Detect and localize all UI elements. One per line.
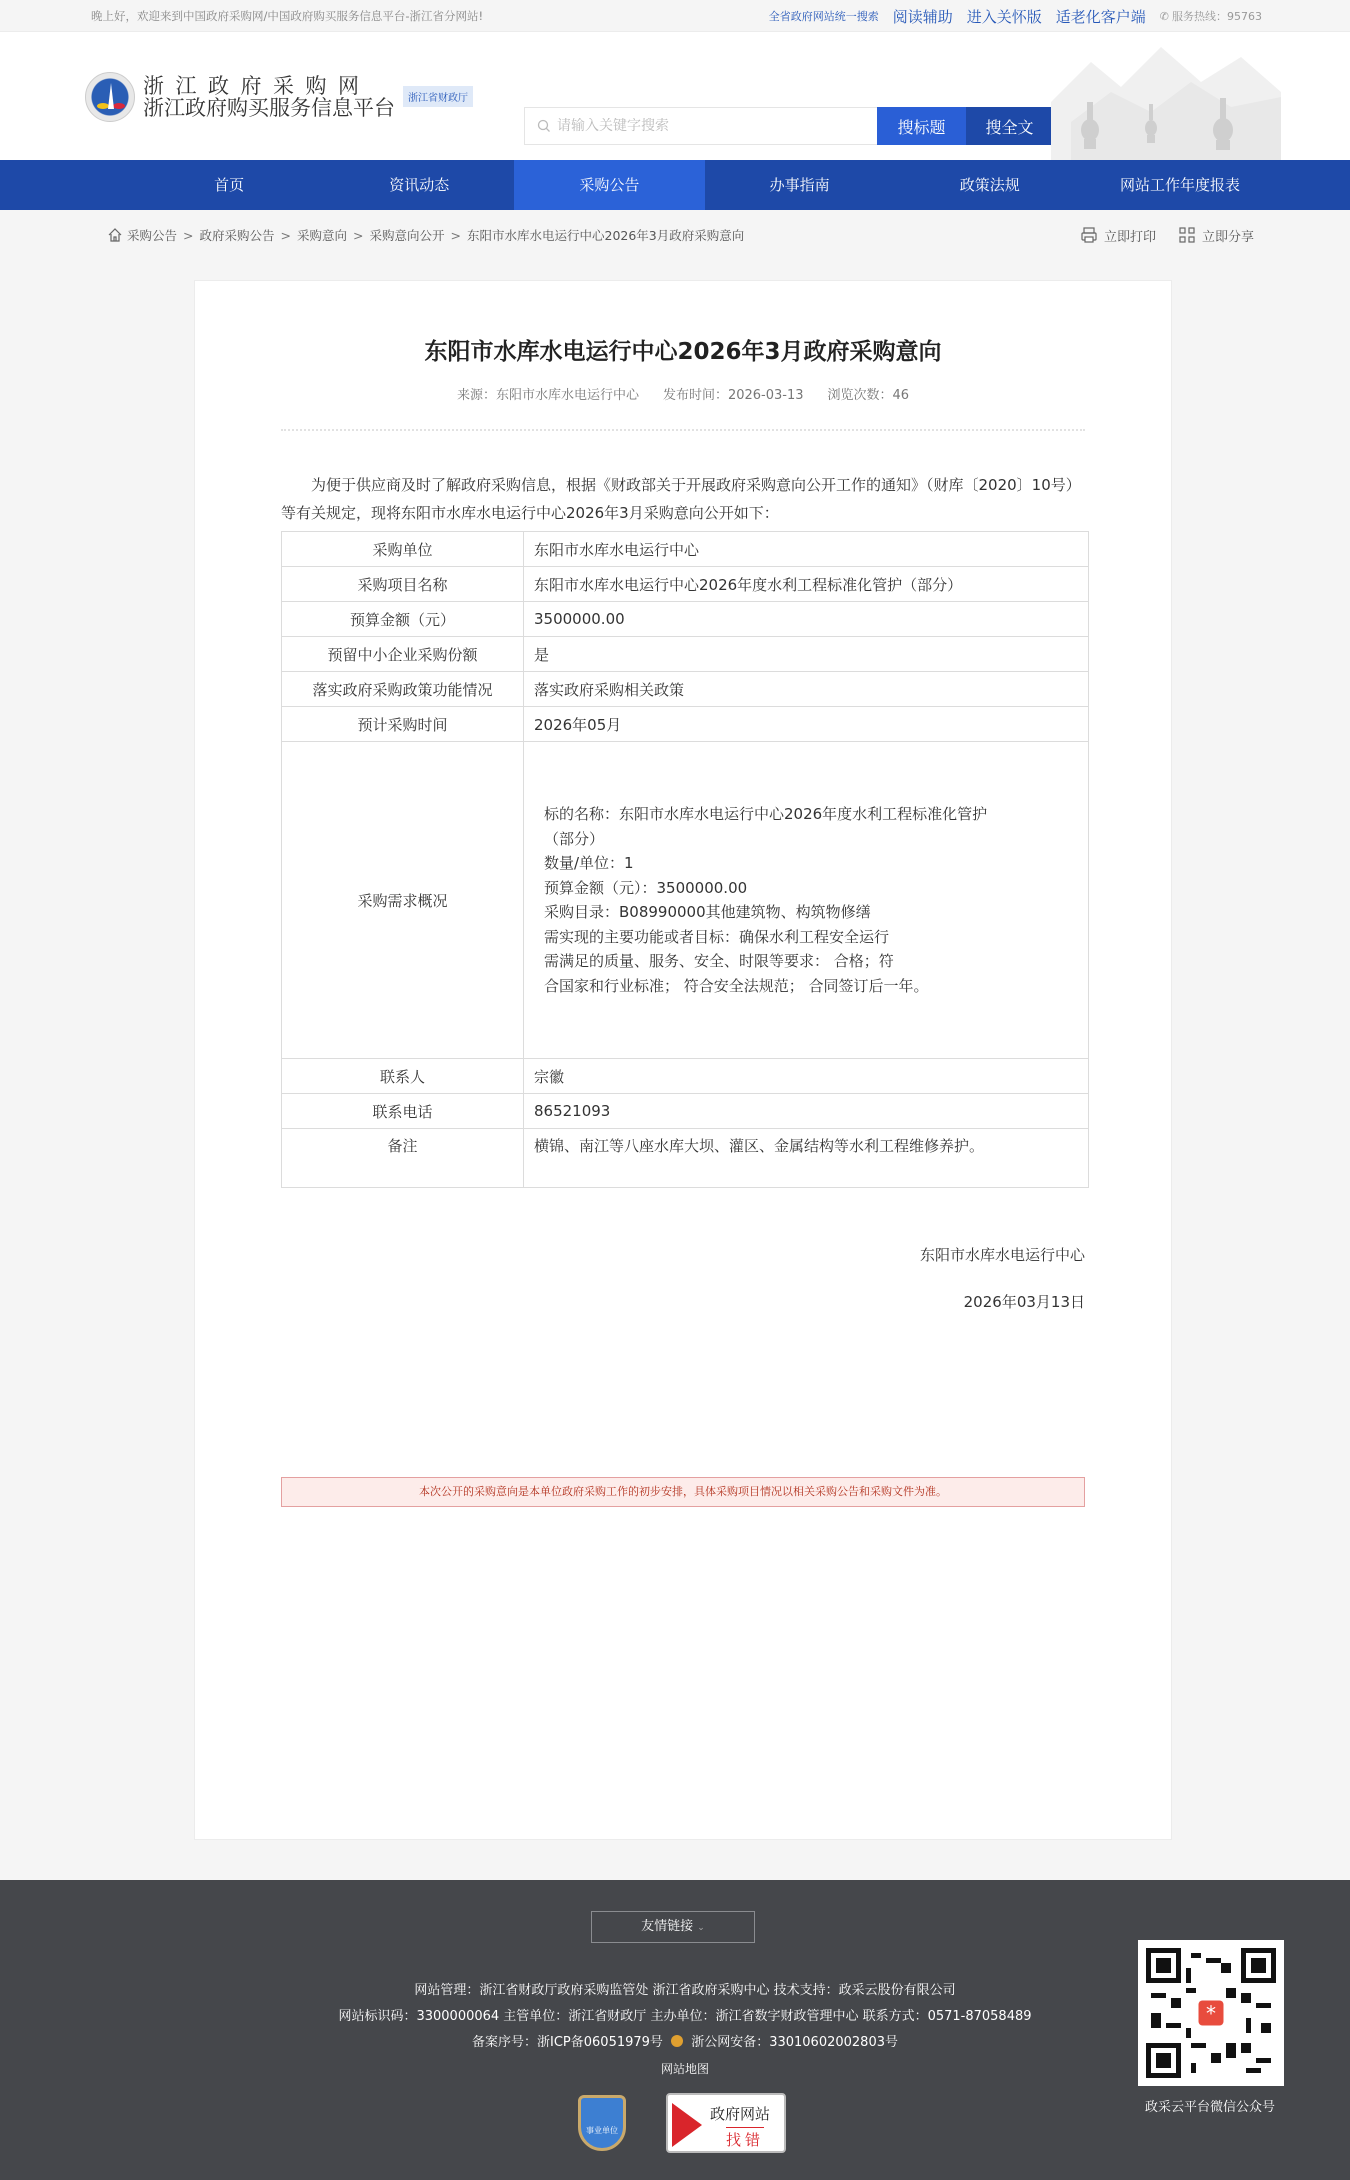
table-key: 采购需求概况: [282, 742, 524, 1059]
public-institution-badge-icon[interactable]: 事业单位: [578, 2095, 626, 2151]
requirement-line: 需满足的质量、服务、安全、时限等要求： 合格；符: [544, 949, 1078, 974]
wechat-qrcode: *: [1138, 1940, 1284, 2086]
procurement-intent-table: 采购单位东阳市水库水电运行中心 采购项目名称东阳市水库水电运行中心2026年度水…: [281, 531, 1089, 1188]
table-key: 备注: [282, 1129, 524, 1188]
error-badge-line2: 找错: [726, 2127, 764, 2150]
top-links: 全省政府网站统一搜索 阅读辅助 进入关怀版 适老化客户端 ✆ 服务热线：9576…: [769, 6, 1262, 27]
disclaimer-notice: 本次公开的采购意向是本单位政府采购工作的初步安排，具体采购项目情况以相关采购公告…: [281, 1477, 1085, 1507]
top-bar: 晚上好，欢迎来到中国政府采购网/中国政府购买服务信息平台-浙江省分网站! 全省政…: [0, 0, 1350, 32]
reading-aid-link[interactable]: 阅读辅助: [893, 6, 953, 27]
breadcrumb-item[interactable]: 政府采购公告: [200, 226, 275, 244]
article-card: 东阳市水库水电运行中心2026年3月政府采购意向 来源：东阳市水库水电运行中心 …: [194, 280, 1172, 1840]
table-value: 落实政府采购相关政策: [524, 672, 1089, 707]
requirement-line: 需实现的主要功能或者目标：确保水利工程安全运行: [544, 925, 1078, 950]
table-value: 东阳市水库水电运行中心: [524, 532, 1089, 567]
article-views: 浏览次数：46: [828, 384, 910, 403]
divider: [281, 429, 1085, 431]
requirement-line: 采购目录：B08990000其他建筑物、构筑物修缮: [544, 900, 1078, 925]
hotline-text: 服务热线：95763: [1172, 8, 1262, 24]
requirement-line: 标的名称：东阳市水库水电运行中心2026年度水利工程标准化管护: [544, 802, 1078, 827]
table-value: 是: [524, 637, 1089, 672]
article-publish-time: 发布时间：2026-03-13: [663, 384, 804, 403]
signature: 东阳市水库水电运行中心: [281, 1244, 1085, 1265]
search-bar: 搜标题 搜全文: [524, 107, 1053, 145]
error-badge-line1: 政府网站: [710, 2103, 770, 2124]
phone-icon: ✆: [1160, 10, 1169, 23]
breadcrumb-bar: 采购公告> 政府采购公告> 采购意向> 采购意向公开> 东阳市水库水电运行中心2…: [83, 210, 1283, 260]
table-row: 预留中小企业采购份额是: [282, 637, 1089, 672]
header: 浙江政府采购网 浙江政府购买服务信息平台 浙江省财政厅 搜标题 搜全文: [0, 32, 1350, 160]
table-row: 采购项目名称东阳市水库水电运行中心2026年度水利工程标准化管护（部分）: [282, 567, 1089, 602]
search-title-button[interactable]: 搜标题: [877, 107, 966, 145]
nav-item-news[interactable]: 资讯动态: [324, 160, 514, 210]
table-row: 预算金额（元）3500000.00: [282, 602, 1089, 637]
sitemap-link[interactable]: 网站地图: [661, 2062, 709, 2076]
table-row: 联系人宗徽: [282, 1059, 1089, 1094]
table-row: 预计采购时间2026年05月: [282, 707, 1089, 742]
table-row: 落实政府采购政策功能情况落实政府采购相关政策: [282, 672, 1089, 707]
table-row: 备注横锦、南江等八座水库大坝、灌区、金属结构等水利工程维修养护。: [282, 1129, 1089, 1188]
nav-item-guide[interactable]: 办事指南: [705, 160, 895, 210]
search-fulltext-button[interactable]: 搜全文: [966, 107, 1053, 145]
nav-item-procurement-notices[interactable]: 采购公告: [514, 160, 704, 210]
requirement-line: 合国家和行业标准； 符合安全法规范； 合同签订后一年。: [544, 974, 1078, 999]
care-version-link[interactable]: 进入关怀版: [967, 6, 1042, 27]
table-value: 横锦、南江等八座水库大坝、灌区、金属结构等水利工程维修养护。: [524, 1129, 1089, 1188]
logo-subtitle: 浙江政府购买服务信息平台: [143, 97, 395, 119]
scenery-decoration-icon: [1051, 42, 1281, 160]
chevron-down-icon: ⌄: [697, 1923, 705, 1933]
logo-emblem-icon: [85, 72, 135, 122]
table-value: 3500000.00: [524, 602, 1089, 637]
qrcode-label: 政采云平台微信公众号: [1120, 2096, 1300, 2115]
signature-date: 2026年03月13日: [281, 1291, 1085, 1312]
gov-site-error-report-button[interactable]: 政府网站 找错: [666, 2093, 786, 2153]
svg-text:*: *: [1206, 2002, 1216, 2026]
police-badge-icon: [671, 2035, 683, 2047]
police-record-link[interactable]: 浙公网安备：33010602002803号: [691, 2035, 898, 2050]
requirement-line: 预算金额（元）：3500000.00: [544, 876, 1078, 901]
footer-badges: 事业单位 政府网站 找错: [578, 2093, 786, 2153]
qrcode-icon: [1178, 226, 1196, 244]
unit-badge-label: 事业单位: [586, 2125, 618, 2136]
table-key: 预计采购时间: [282, 707, 524, 742]
table-key: 采购项目名称: [282, 567, 524, 602]
site-logo[interactable]: 浙江政府采购网 浙江政府购买服务信息平台 浙江省财政厅: [85, 72, 473, 122]
table-row: 采购需求概况 标的名称：东阳市水库水电运行中心2026年度水利工程标准化管护 （…: [282, 742, 1089, 1059]
icp-link[interactable]: 备案序号：浙ICP备06051979号: [472, 2035, 663, 2050]
print-label: 立即打印: [1104, 226, 1156, 245]
requirement-line: （部分）: [544, 827, 1078, 852]
magnifier-icon: [672, 2103, 702, 2147]
share-button[interactable]: 立即分享: [1178, 226, 1254, 245]
nav-item-policies[interactable]: 政策法规: [895, 160, 1085, 210]
share-label: 立即分享: [1202, 226, 1254, 245]
main-nav: 首页 资讯动态 采购公告 办事指南 政策法规 网站工作年度报表: [0, 160, 1350, 210]
article-meta: 来源：东阳市水库水电运行中心 发布时间：2026-03-13 浏览次数：46: [281, 384, 1085, 403]
qrcode-image-icon: *: [1146, 1948, 1276, 2078]
nav-item-annual-report[interactable]: 网站工作年度报表: [1085, 160, 1275, 210]
home-icon[interactable]: [107, 227, 123, 243]
table-value: 86521093: [524, 1094, 1089, 1129]
table-row: 联系电话86521093: [282, 1094, 1089, 1129]
unified-search-link[interactable]: 全省政府网站统一搜索: [769, 8, 879, 24]
printer-icon: [1080, 226, 1098, 244]
breadcrumb: 采购公告> 政府采购公告> 采购意向> 采购意向公开> 东阳市水库水电运行中心2…: [107, 226, 744, 244]
table-value: 东阳市水库水电运行中心2026年度水利工程标准化管护（部分）: [524, 567, 1089, 602]
search-input[interactable]: [557, 118, 857, 134]
footer: 友情链接 ⌄ 网站管理：浙江省财政厅政府采购监管处 浙江省政府采购中心 技术支持…: [0, 1880, 1350, 2180]
breadcrumb-item[interactable]: 采购意向: [297, 226, 347, 244]
table-value: 标的名称：东阳市水库水电运行中心2026年度水利工程标准化管护 （部分） 数量/…: [524, 742, 1089, 1059]
hotline: ✆ 服务热线：95763: [1160, 8, 1262, 24]
finance-dept-badge: 浙江省财政厅: [403, 86, 473, 107]
logo-title: 浙江政府采购网: [143, 75, 395, 97]
article-source: 来源：东阳市水库水电运行中心: [457, 384, 639, 403]
requirement-line: 数量/单位：1: [544, 851, 1078, 876]
breadcrumb-current: 东阳市水库水电运行中心2026年3月政府采购意向: [467, 226, 744, 244]
table-key: 联系电话: [282, 1094, 524, 1129]
table-key: 落实政府采购政策功能情况: [282, 672, 524, 707]
requirement-summary: 标的名称：东阳市水库水电运行中心2026年度水利工程标准化管护 （部分） 数量/…: [534, 802, 1078, 998]
breadcrumb-item[interactable]: 采购意向公开: [370, 226, 445, 244]
breadcrumb-item[interactable]: 采购公告: [127, 226, 177, 244]
search-icon: [537, 119, 551, 133]
table-key: 预留中小企业采购份额: [282, 637, 524, 672]
print-button[interactable]: 立即打印: [1080, 226, 1156, 245]
elderly-client-link[interactable]: 适老化客户端: [1056, 6, 1146, 27]
article-intro: 为便于供应商及时了解政府采购信息，根据《财政部关于开展政府采购意向公开工作的通知…: [281, 471, 1085, 527]
article-tools: 立即打印 立即分享: [1080, 226, 1254, 245]
table-key: 联系人: [282, 1059, 524, 1094]
table-value: 2026年05月: [524, 707, 1089, 742]
article-title: 东阳市水库水电运行中心2026年3月政府采购意向: [281, 333, 1085, 366]
nav-item-home[interactable]: 首页: [134, 160, 324, 210]
table-key: 采购单位: [282, 532, 524, 567]
table-key: 预算金额（元）: [282, 602, 524, 637]
friend-links-dropdown[interactable]: 友情链接 ⌄: [591, 1911, 755, 1943]
table-row: 采购单位东阳市水库水电运行中心: [282, 532, 1089, 567]
table-value: 宗徽: [524, 1059, 1089, 1094]
friend-links-label: 友情链接: [641, 1919, 693, 1934]
welcome-text: 晚上好，欢迎来到中国政府采购网/中国政府购买服务信息平台-浙江省分网站!: [91, 8, 483, 24]
